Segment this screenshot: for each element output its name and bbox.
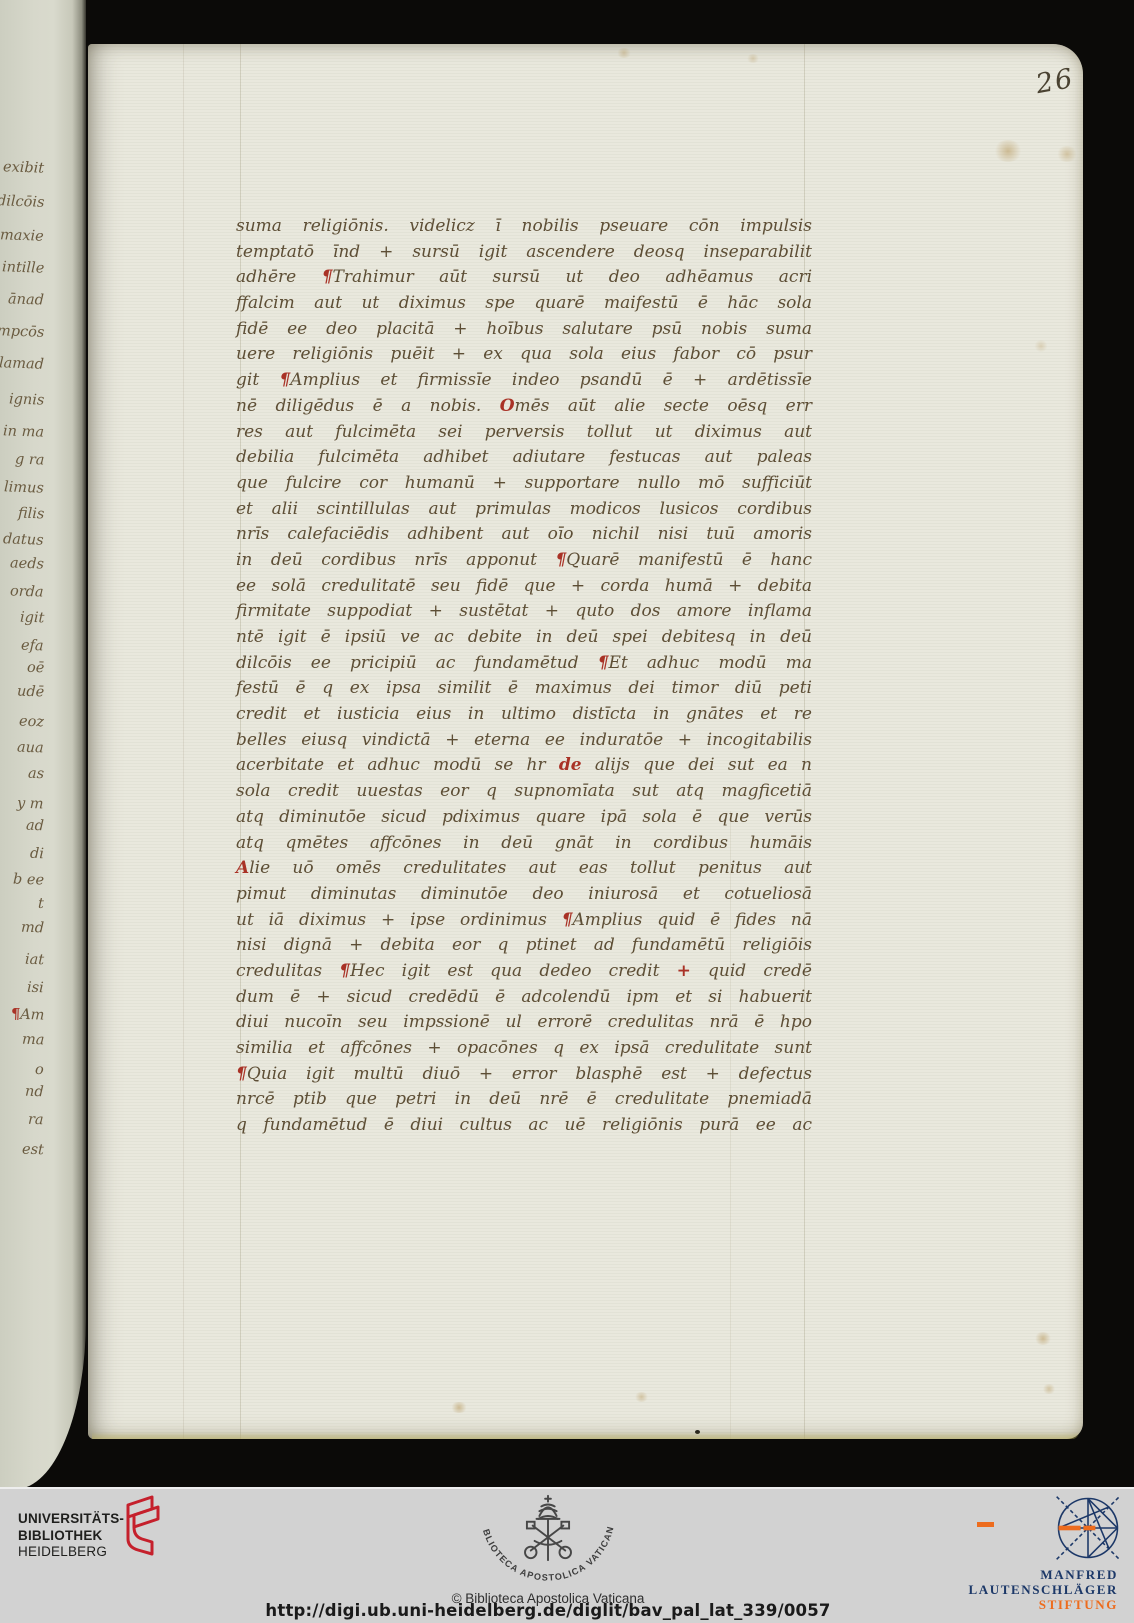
stain — [993, 140, 1023, 162]
margin-fragment: filis — [17, 506, 44, 523]
margin-fragment: maxie — [0, 227, 44, 245]
manuscript-line: pimut diminutas diminutōe deo iniurosā e… — [236, 882, 812, 908]
manuscript-line: Alie uō omēs credulitates aut eas tollut… — [236, 856, 812, 882]
ruling-line — [183, 44, 184, 1439]
manuscript-line: in deū cordibus nrīs apponut ¶Quarē mani… — [236, 548, 812, 574]
margin-fragment: oē — [26, 660, 44, 677]
mls-compass-icon — [1053, 1493, 1123, 1563]
stain — [1042, 1384, 1056, 1394]
manuscript-line: res aut fulcimēta sei perversis tollut u… — [236, 420, 812, 446]
margin-fragment: ma — [21, 1032, 44, 1049]
manuscript-line: adhēre ¶Trahimur aūt sursū ut deo adhēam… — [236, 265, 812, 291]
margin-fragment: orda — [10, 583, 44, 600]
margin-fragment: lamad — [0, 355, 44, 373]
margin-fragment: ad — [26, 818, 44, 835]
margin-fragment: udē — [17, 684, 45, 701]
margin-fragment: eoz — [19, 714, 44, 731]
manuscript-line: ee solā credulitatē seu fidē que + corda… — [236, 574, 812, 600]
manuscript-line: ntē igit ē ipsiū ve ac debite in deū spe… — [236, 625, 812, 651]
margin-fragment: aua — [17, 740, 44, 757]
manuscript-text-block: suma religiōnis. videlicz ī nobilis pseu… — [236, 214, 812, 1139]
stain — [746, 54, 760, 63]
manuscript-line: dilcōis ee pricipiū ac fundamētud ¶Et ad… — [236, 651, 812, 677]
manuscript-line: similia et affcōnes + opacōnes q ex ipsā… — [236, 1036, 812, 1062]
manuscript-line: credit et iusticia eius in ultimo distīc… — [236, 702, 812, 728]
margin-fragment: ignis — [8, 391, 44, 408]
mls-orange-dash — [977, 1522, 994, 1527]
margin-fragment: est — [22, 1142, 44, 1159]
margin-fragment: intille — [1, 259, 44, 276]
margin-fragment: efa — [21, 638, 44, 655]
manuscript-line: q fundamētud ē diui cultus ac uē religiō… — [236, 1113, 812, 1139]
margin-fragment: limus — [4, 479, 44, 496]
stain — [1056, 146, 1078, 162]
margin-fragment: o — [35, 1062, 44, 1078]
manuscript-line: festū ē q ex ipsa similit ē maximus dei … — [236, 676, 812, 702]
margin-fragment: exibit — [3, 159, 45, 176]
mls-line2: LAUTENSCHLÄGER — [968, 1582, 1118, 1597]
manuscript-line: fidē ee deo placitā + hoībus salutare ps… — [236, 317, 812, 343]
margin-fragment: y m — [17, 796, 44, 813]
vatican-seal-icon: BIBLIOTECA APOSTOLICA VATICANA — [463, 1493, 633, 1585]
margin-fragment: isi — [27, 980, 44, 997]
manuscript-line: dum ē + sicud credēdū ē adcolendū ipm et… — [236, 985, 812, 1011]
manuscript-line: debilia fulcimēta adhibet adiutare festu… — [236, 445, 812, 471]
manuscript-line: ut iā diximus + ipse ordinimus ¶Amplius … — [236, 908, 812, 934]
manuscript-line: credulitas ¶Hec igit est qua dedeo credi… — [236, 959, 812, 985]
margin-fragment: nd — [25, 1084, 44, 1101]
margin-fragment: as — [28, 766, 45, 783]
manuscript-line: uere religiōnis puēit + ex qua sola eius… — [236, 342, 812, 368]
stain — [1034, 1332, 1052, 1345]
page-edge-tint — [92, 1432, 1079, 1439]
manuscript-line: ffalcim aut ut diximus spe quarē maifest… — [236, 291, 812, 317]
facing-page-text-fragments: exibitdilcōismaxieintilleānadmpcōslamadi… — [0, 0, 48, 1480]
manuscript-page: 26 suma religiōnis. videlicz ī nobilis p… — [88, 44, 1083, 1439]
margin-fragment: di — [30, 846, 44, 862]
mls-line3: STIFTUNG — [968, 1597, 1118, 1612]
manuscript-scan-viewer: exibitdilcōismaxieintilleānadmpcōslamadi… — [0, 0, 1134, 1623]
manuscript-line: belles eiusq vindictā + eterna ee indura… — [236, 728, 812, 754]
margin-fragment: b ee — [13, 871, 45, 888]
margin-fragment: g ra — [14, 451, 44, 468]
manuscript-line: acerbitate et adhuc modū se hr de alijs … — [236, 753, 812, 779]
margin-fragment: ra — [28, 1112, 44, 1129]
margin-fragment: ¶Am — [10, 1005, 44, 1023]
stain — [1034, 340, 1048, 352]
margin-fragment: t — [38, 896, 44, 912]
manuscript-line: nisi dignā + debita eor q ptinet ad fund… — [236, 933, 812, 959]
footer-bar: UNIVERSITÄTS- BIBLIOTHEK HEIDELBERG — [0, 1487, 1134, 1623]
margin-fragment: md — [21, 920, 45, 937]
manuscript-line: sola credit uuestas eor q supnomīata sut… — [236, 779, 812, 805]
margin-fragment: iat — [25, 952, 45, 969]
manuscript-line: firmitate suppodiat + sustētat + quto do… — [236, 599, 812, 625]
manuscript-line: que fulcire cor humanū + supportare null… — [236, 471, 812, 497]
margin-fragment: mpcōs — [0, 323, 44, 341]
mls-line1: MANFRED — [968, 1567, 1118, 1582]
stain — [450, 1402, 468, 1413]
margin-fragment: igit — [19, 610, 44, 627]
margin-fragment: in ma — [3, 423, 45, 440]
margin-fragment: ānad — [8, 291, 44, 308]
manuscript-line: diui nucoīn seu impssionē ul errorē cred… — [236, 1010, 812, 1036]
mls-logo-block: MANFRED LAUTENSCHLÄGER STIFTUNG — [834, 1489, 1134, 1623]
folio-number: 26 — [1034, 63, 1077, 100]
manuscript-line: atq diminutōe sicud pdiximus quare ipā s… — [236, 805, 812, 831]
manuscript-line: et alii scintillulas aut primulas modico… — [236, 497, 812, 523]
margin-fragment: aeds — [10, 555, 44, 572]
manuscript-line: git ¶Amplius et firmissīe indeo psandū ē… — [236, 368, 812, 394]
manuscript-line: suma religiōnis. videlicz ī nobilis pseu… — [236, 214, 812, 240]
manuscript-line: ¶Quia igit multū diuō + error blasphē es… — [236, 1062, 812, 1088]
stain — [616, 48, 632, 58]
margin-fragment: dilcōis — [0, 193, 44, 211]
manuscript-line: nrīs calefaciēdis adhibent aut oīo nichi… — [236, 522, 812, 548]
manuscript-line: temptatō īnd + sursū igit ascendere deos… — [236, 240, 812, 266]
manuscript-line: nē diligēdus ē a nobis. Omēs aūt alie se… — [236, 394, 812, 420]
margin-fragment: datus — [3, 531, 44, 548]
mls-text: MANFRED LAUTENSCHLÄGER STIFTUNG — [968, 1567, 1118, 1612]
stain — [634, 1392, 649, 1402]
manuscript-line: nrcē ptib que petri in deū nrē ē creduli… — [236, 1087, 812, 1113]
manuscript-line: atq qmētes affcōnes in deū gnāt in cordi… — [236, 831, 812, 857]
